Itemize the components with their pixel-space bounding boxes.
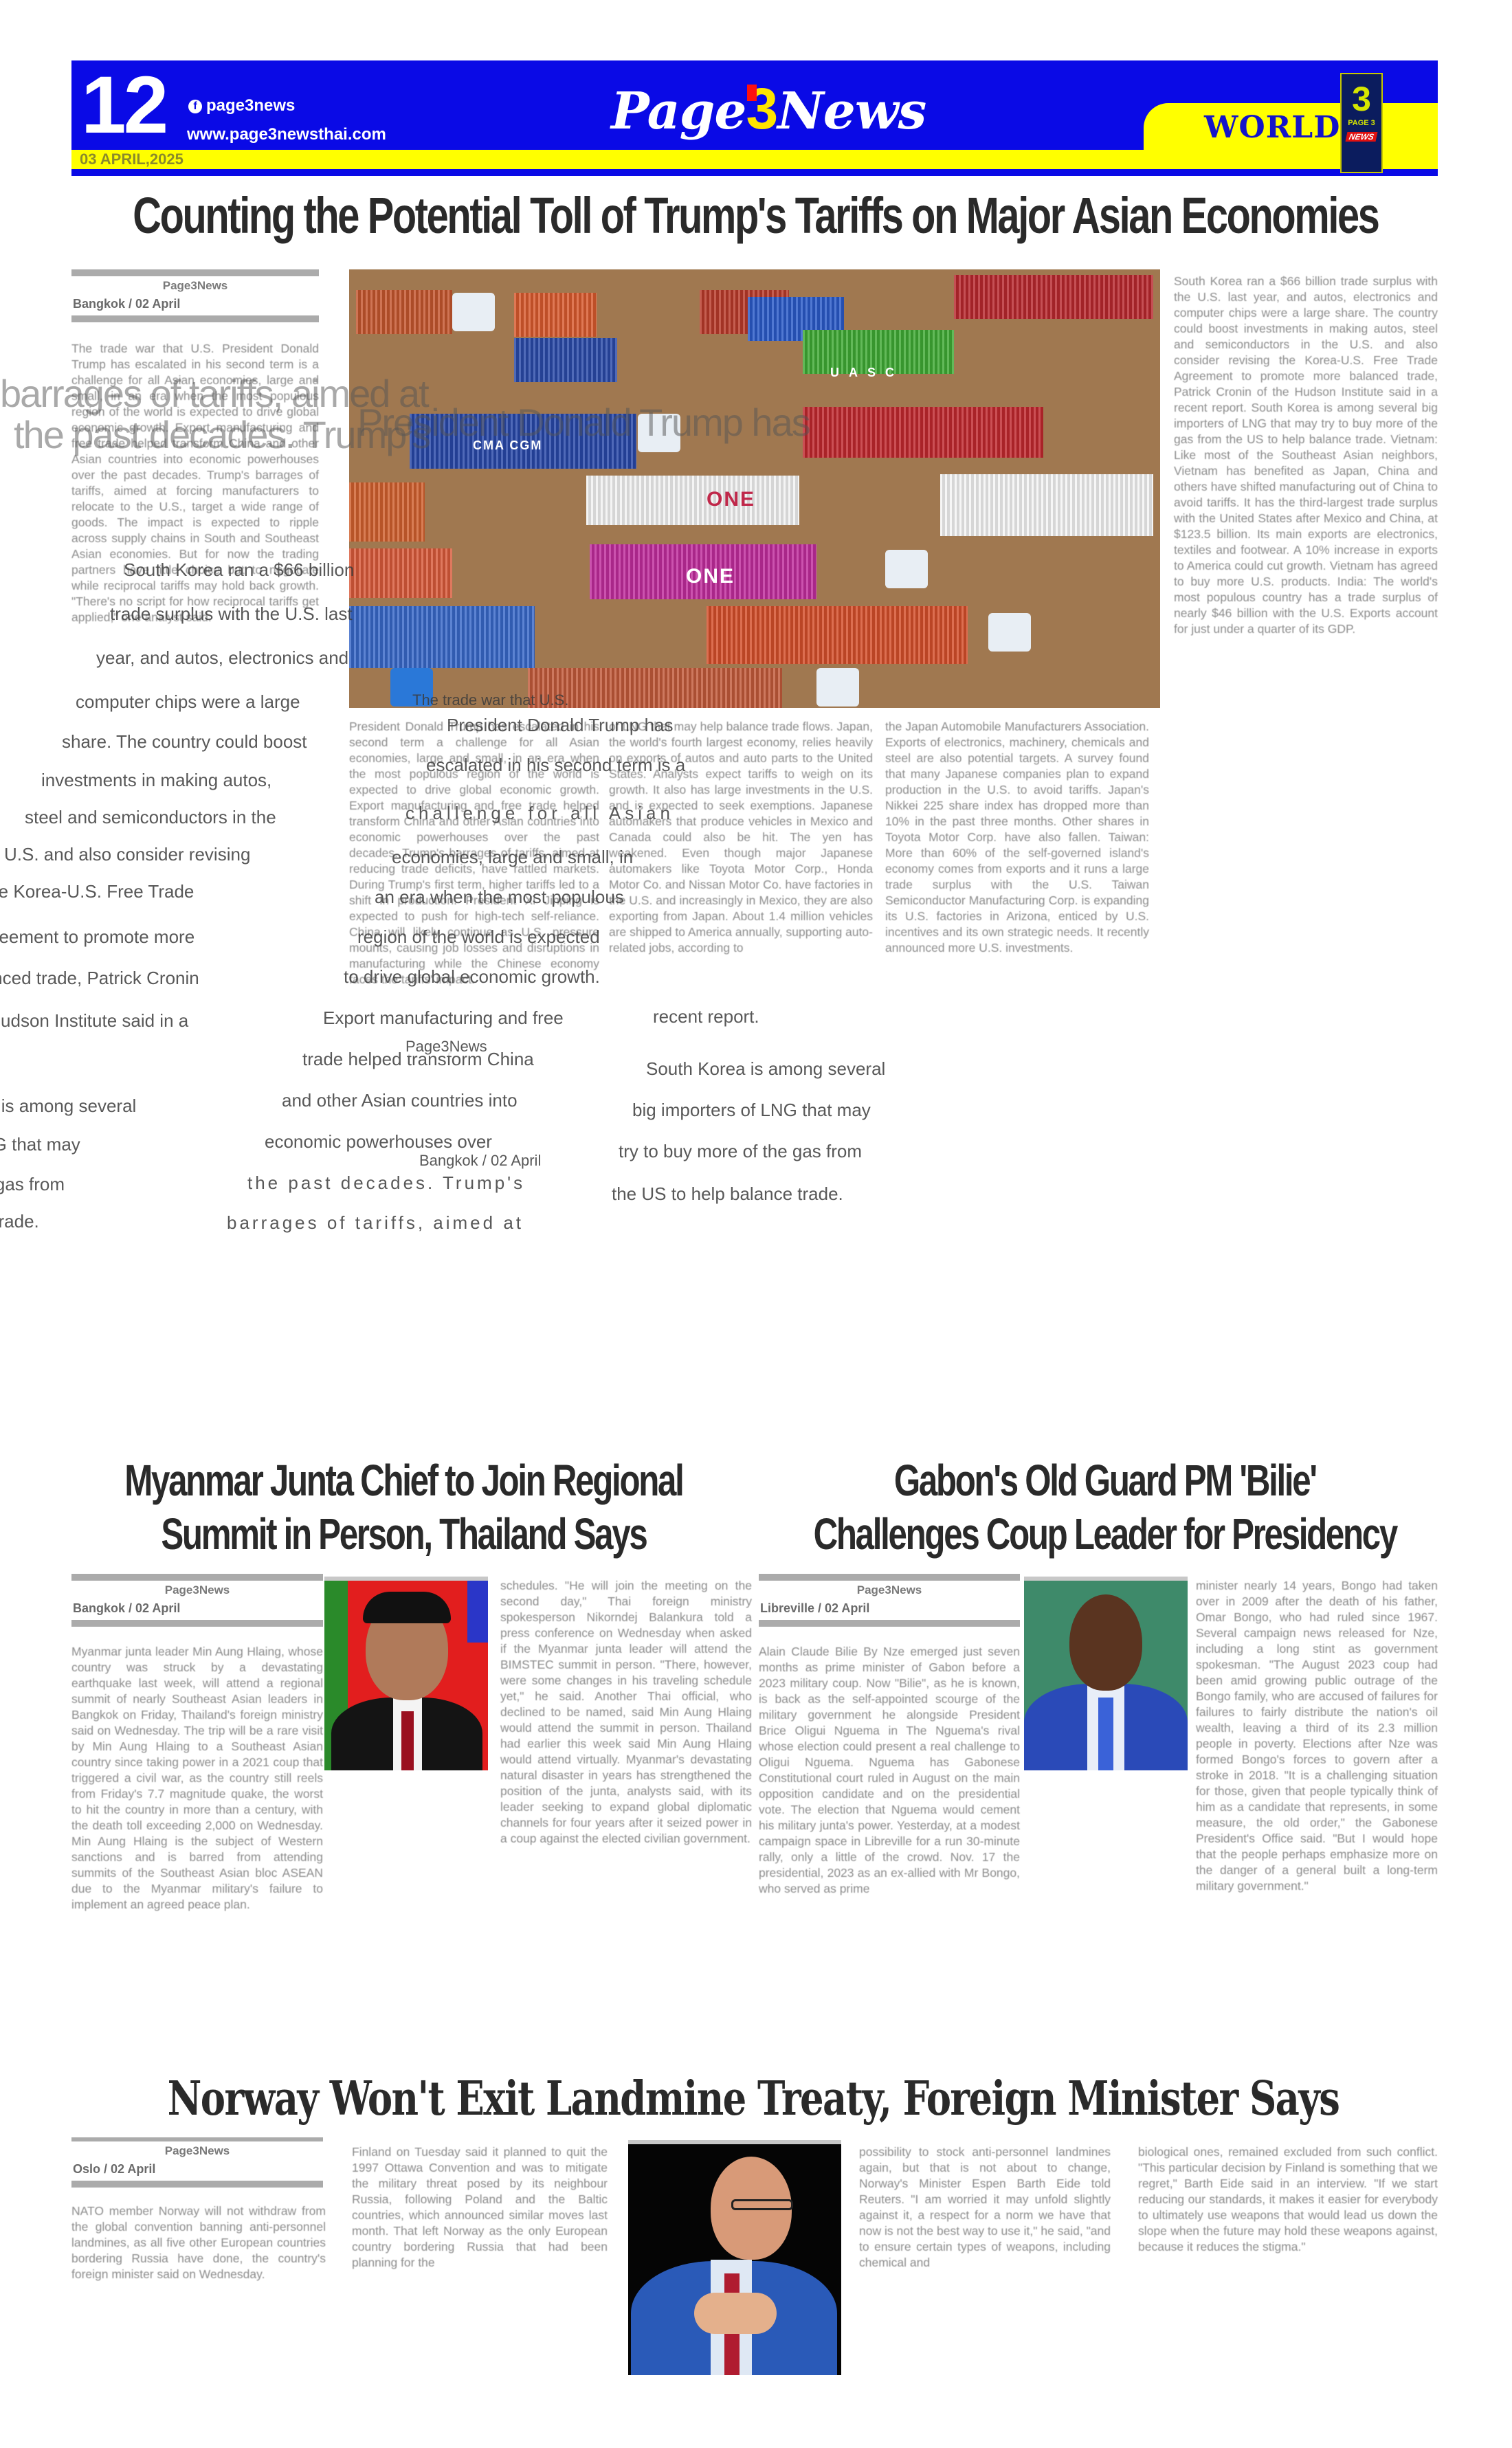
overlay-text: recent report.	[653, 1006, 759, 1027]
section-label: WORLD	[1204, 110, 1340, 145]
norway-headline: Norway Won't Exit Landmine Treaty, Forei…	[96, 2070, 1410, 2128]
paragraph: minister nearly 14 years, Bongo had take…	[1196, 1578, 1438, 1894]
truck-cab	[885, 550, 928, 588]
facebook-handle: page3news	[206, 96, 295, 115]
container	[514, 293, 597, 337]
norway-column-2: Finland on Tuesday said it planned to qu…	[352, 2144, 608, 2364]
myanmar-headline: Myanmar Junta Chief to Join Regional Sum…	[76, 1454, 732, 1561]
masthead-yellow-strip	[71, 150, 1438, 169]
container	[349, 482, 425, 542]
website-link[interactable]: www.page3newsthai.com	[187, 125, 386, 144]
byline-rule-bottom	[71, 315, 319, 322]
byline-rule-bottom	[71, 1620, 323, 1627]
container	[356, 290, 452, 334]
overlay-text: President Donald Trump has	[447, 715, 674, 736]
overlay-text: the Korea-U.S. Free Trade	[0, 881, 194, 902]
headline-line-1: Gabon's Old Guard PM 'Bilie'	[766, 1454, 1444, 1507]
container-trucks-photo: UASC CMA CGM ONE ONE	[349, 269, 1160, 708]
overlay-headline-fragment: President Donald Trump has	[357, 400, 810, 445]
byline-source: Page3News	[71, 279, 319, 293]
container-label: UASC	[830, 366, 904, 380]
overlay-text: South Korea is among several	[646, 1058, 885, 1080]
truck-cab	[452, 293, 495, 331]
overlay-text: big importers of LNG that may	[632, 1100, 871, 1121]
page3-badge-logo: 3 PAGE 3 NEWS	[1340, 73, 1383, 173]
overlay-text: challenge for all Asian	[405, 803, 674, 824]
overlay-text: share. The country could boost	[62, 731, 307, 753]
norway-column-1: NATO member Norway will not withdraw fro…	[71, 2203, 326, 2368]
paragraph: possibility to stock anti-personnel land…	[859, 2144, 1111, 2271]
flag-blue-stripe	[467, 1581, 488, 1643]
container	[586, 476, 799, 525]
norway-column-4: biological ones, remained excluded from …	[1138, 2144, 1438, 2364]
container-label: ONE	[686, 565, 735, 588]
paragraph: Myanmar junta leader Min Aung Hlaing, wh…	[71, 1644, 323, 1913]
byline-location: Bangkok / 02 April	[71, 1601, 323, 1616]
gabon-prime-minister-photo	[1024, 1577, 1188, 1770]
hair	[363, 1592, 451, 1623]
badge-number: 3	[1342, 80, 1381, 118]
overlay-text: an era when the most populous	[375, 887, 624, 908]
container	[514, 338, 617, 382]
paragraph: Finland on Tuesday said it planned to qu…	[352, 2144, 608, 2271]
norway-foreign-minister-photo	[628, 2140, 841, 2375]
container	[940, 474, 1153, 536]
overlay-text: try to buy more of the gas from	[0, 1174, 65, 1195]
overlay-text: to drive global economic growth.	[344, 966, 600, 988]
byline-source: Page3News	[71, 2144, 323, 2158]
container	[954, 275, 1153, 319]
glasses	[731, 2199, 793, 2210]
myanmar-junta-chief-photo	[324, 1577, 488, 1770]
tariffs-column-5: South Korea ran a $66 billion trade surp…	[1174, 274, 1438, 1414]
overlay-text: South Korea ran a $66 billion	[124, 559, 354, 581]
paragraph: biological ones, remained excluded from …	[1138, 2144, 1438, 2255]
headline-line-2: Challenges Coup Leader for Presidency	[766, 1507, 1444, 1561]
logo-suffix: News	[777, 82, 926, 141]
page-number: 12	[81, 65, 166, 146]
overlay-text: the US to help balance trade.	[612, 1183, 843, 1205]
overlay-text: steel and semiconductors in the	[25, 807, 276, 828]
tariffs-column-1: The trade war that U.S. President Donald…	[71, 341, 319, 1413]
byline-rule-top	[71, 2137, 323, 2141]
overlay-text: region of the world is expected	[357, 926, 600, 948]
tariffs-headline: Counting the Potential Toll of Trump's T…	[96, 187, 1415, 245]
logo-prefix: Page	[611, 82, 746, 141]
byline-location: Bangkok / 02 April	[71, 297, 319, 311]
overlay-text: U.S. and also consider revising	[4, 844, 250, 865]
badge-news: NEWS	[1346, 132, 1378, 142]
byline-source: Page3News	[71, 1583, 323, 1597]
truck-cab	[988, 613, 1031, 652]
byline-rule-top	[71, 1574, 323, 1581]
facebook-link[interactable]: fpage3news	[188, 96, 295, 115]
overlay-text: big importers of LNG that may	[0, 1134, 80, 1155]
overlay-text: of the Hudson Institute said in a	[0, 1010, 188, 1032]
overlay-text: the past decades. Trump's	[247, 1172, 525, 1194]
tariffs-byline: Page3News Bangkok / 02 April	[71, 269, 319, 322]
container	[707, 606, 968, 664]
overlay-text: computer chips were a large	[76, 691, 300, 713]
issue-date: 03 APRIL,2025	[80, 151, 184, 168]
overlay-text: Page3News	[405, 1038, 487, 1056]
tie	[1098, 1698, 1113, 1770]
gabon-column-1: Alain Claude Bilie By Nze emerged just s…	[759, 1644, 1020, 2029]
gabon-byline: Page3News Libreville / 02 April	[759, 1574, 1020, 1627]
badge-text: PAGE 3	[1342, 118, 1381, 128]
byline-rule-top	[71, 269, 319, 276]
paragraph: the Japan Automobile Manufacturers Assoc…	[885, 719, 1149, 956]
overlay-text: year, and autos, electronics and	[96, 647, 348, 669]
headline-line-2: Summit in Person, Thailand Says	[76, 1507, 732, 1561]
overlay-text: balanced trade, Patrick Cronin	[0, 968, 199, 989]
byline-source: Page3News	[759, 1583, 1020, 1597]
norway-column-3: possibility to stock anti-personnel land…	[859, 2144, 1111, 2364]
overlay-text: South Korea is among several	[0, 1095, 136, 1117]
byline-rule-top	[759, 1574, 1020, 1581]
container-label: ONE	[707, 488, 755, 511]
norway-byline: Page3News Oslo / 02 April	[71, 2137, 323, 2188]
facebook-icon: f	[188, 100, 202, 113]
paragraph: NATO member Norway will not withdraw fro…	[71, 2203, 326, 2282]
gabon-column-2: minister nearly 14 years, Bongo had take…	[1196, 1578, 1438, 2029]
overlay-text: trade surplus with the U.S. last	[110, 603, 353, 625]
overlay-text: the US to help balance trade.	[0, 1211, 39, 1232]
paragraph: schedules. "He will join the meeting on …	[500, 1578, 752, 1847]
container	[349, 606, 535, 668]
masthead-bottom-rule	[71, 169, 1438, 176]
truck-cab	[816, 668, 859, 706]
tariffs-column-4: the Japan Automobile Manufacturers Assoc…	[885, 719, 1149, 1413]
headline-line-1: Myanmar Junta Chief to Join Regional	[76, 1454, 732, 1507]
byline-location: Libreville / 02 April	[759, 1601, 1020, 1616]
overlay-text: and other Asian countries into	[282, 1090, 518, 1111]
overlay-text: Agreement to promote more	[0, 926, 194, 948]
clasped-hands	[694, 2293, 777, 2334]
tie	[401, 1711, 414, 1770]
myanmar-column-2: schedules. "He will join the meeting on …	[500, 1578, 752, 2029]
byline-location: Oslo / 02 April	[71, 2162, 323, 2177]
overlay-text: escalated in his second term is a	[426, 755, 685, 776]
page3news-logo: Page3News	[611, 76, 926, 142]
overlay-text: try to buy more of the gas from	[619, 1141, 862, 1162]
byline-rule-bottom	[759, 1620, 1020, 1627]
overlay-text: Bangkok / 02 April	[419, 1152, 541, 1170]
logo-number: 3	[746, 76, 777, 141]
face	[1069, 1594, 1142, 1691]
overlay-text: The trade war that U.S.	[412, 691, 568, 709]
byline-rule-bottom	[71, 2181, 323, 2188]
container	[803, 407, 1043, 458]
gabon-headline: Gabon's Old Guard PM 'Bilie' Challenges …	[766, 1454, 1444, 1561]
overlay-text: economic powerhouses over	[265, 1131, 492, 1153]
overlay-text: economies, large and small, in	[392, 847, 633, 868]
overlay-text: Export manufacturing and free	[323, 1008, 564, 1029]
overlay-text: investments in making autos,	[41, 770, 271, 791]
paragraph: Alain Claude Bilie By Nze emerged just s…	[759, 1644, 1020, 1897]
myanmar-column-1: Myanmar junta leader Min Aung Hlaing, wh…	[71, 1644, 323, 2029]
container	[349, 548, 452, 598]
masthead: 12 fpage3news www.page3newsthai.com 03 A…	[71, 60, 1438, 170]
paragraph: South Korea ran a $66 billion trade surp…	[1174, 274, 1438, 637]
overlay-text: barrages of tariffs, aimed at	[227, 1212, 524, 1234]
myanmar-byline: Page3News Bangkok / 02 April	[71, 1574, 323, 1627]
